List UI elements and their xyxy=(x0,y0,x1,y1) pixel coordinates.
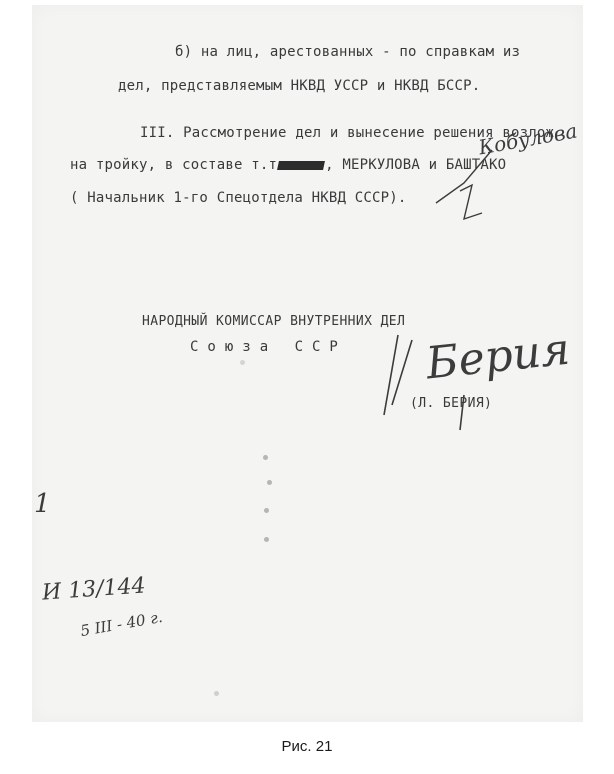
handwritten-strokes xyxy=(32,5,583,722)
paper-speck xyxy=(214,691,219,696)
paper-speck xyxy=(264,537,269,542)
figure-caption: Рис. 21 xyxy=(0,738,614,755)
paper-speck xyxy=(264,508,269,513)
paper-speck xyxy=(267,480,272,485)
paper-speck xyxy=(263,455,268,460)
document-page: б) на лиц, арестованных - по справкам из… xyxy=(32,5,583,722)
paper-speck xyxy=(240,360,245,365)
